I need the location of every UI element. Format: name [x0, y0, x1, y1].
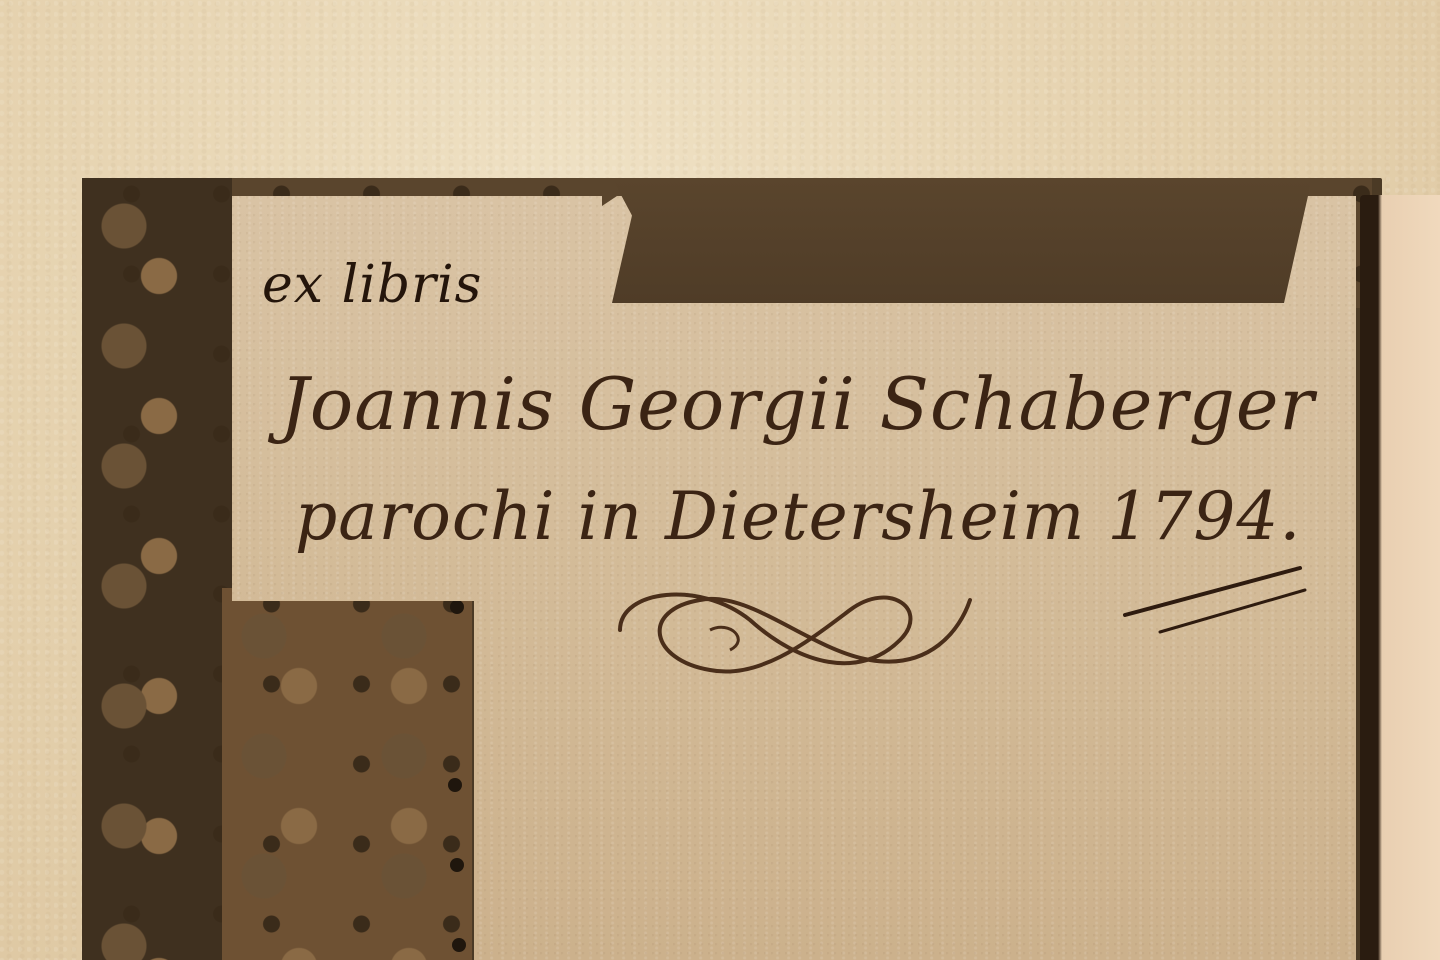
paste-paper-bottom-left — [222, 588, 472, 960]
pattern-dot — [450, 858, 464, 872]
pattern-dot — [450, 600, 464, 614]
paste-paper-left — [82, 178, 242, 960]
calligraphic-flourish-icon — [610, 570, 990, 700]
pattern-dot — [452, 938, 466, 952]
double-underline-icon — [1120, 560, 1320, 640]
pattern-dot — [448, 778, 462, 792]
text-block-edge — [1360, 195, 1440, 960]
inscription-owner-name: Joannis Georgii Schaberger — [280, 362, 1315, 446]
paste-paper-top-overlap — [612, 178, 1312, 303]
inscription-parish-date: parochi in Dietersheim 1794. — [295, 478, 1301, 555]
inscription-ex-libris: ex libris — [262, 255, 482, 315]
